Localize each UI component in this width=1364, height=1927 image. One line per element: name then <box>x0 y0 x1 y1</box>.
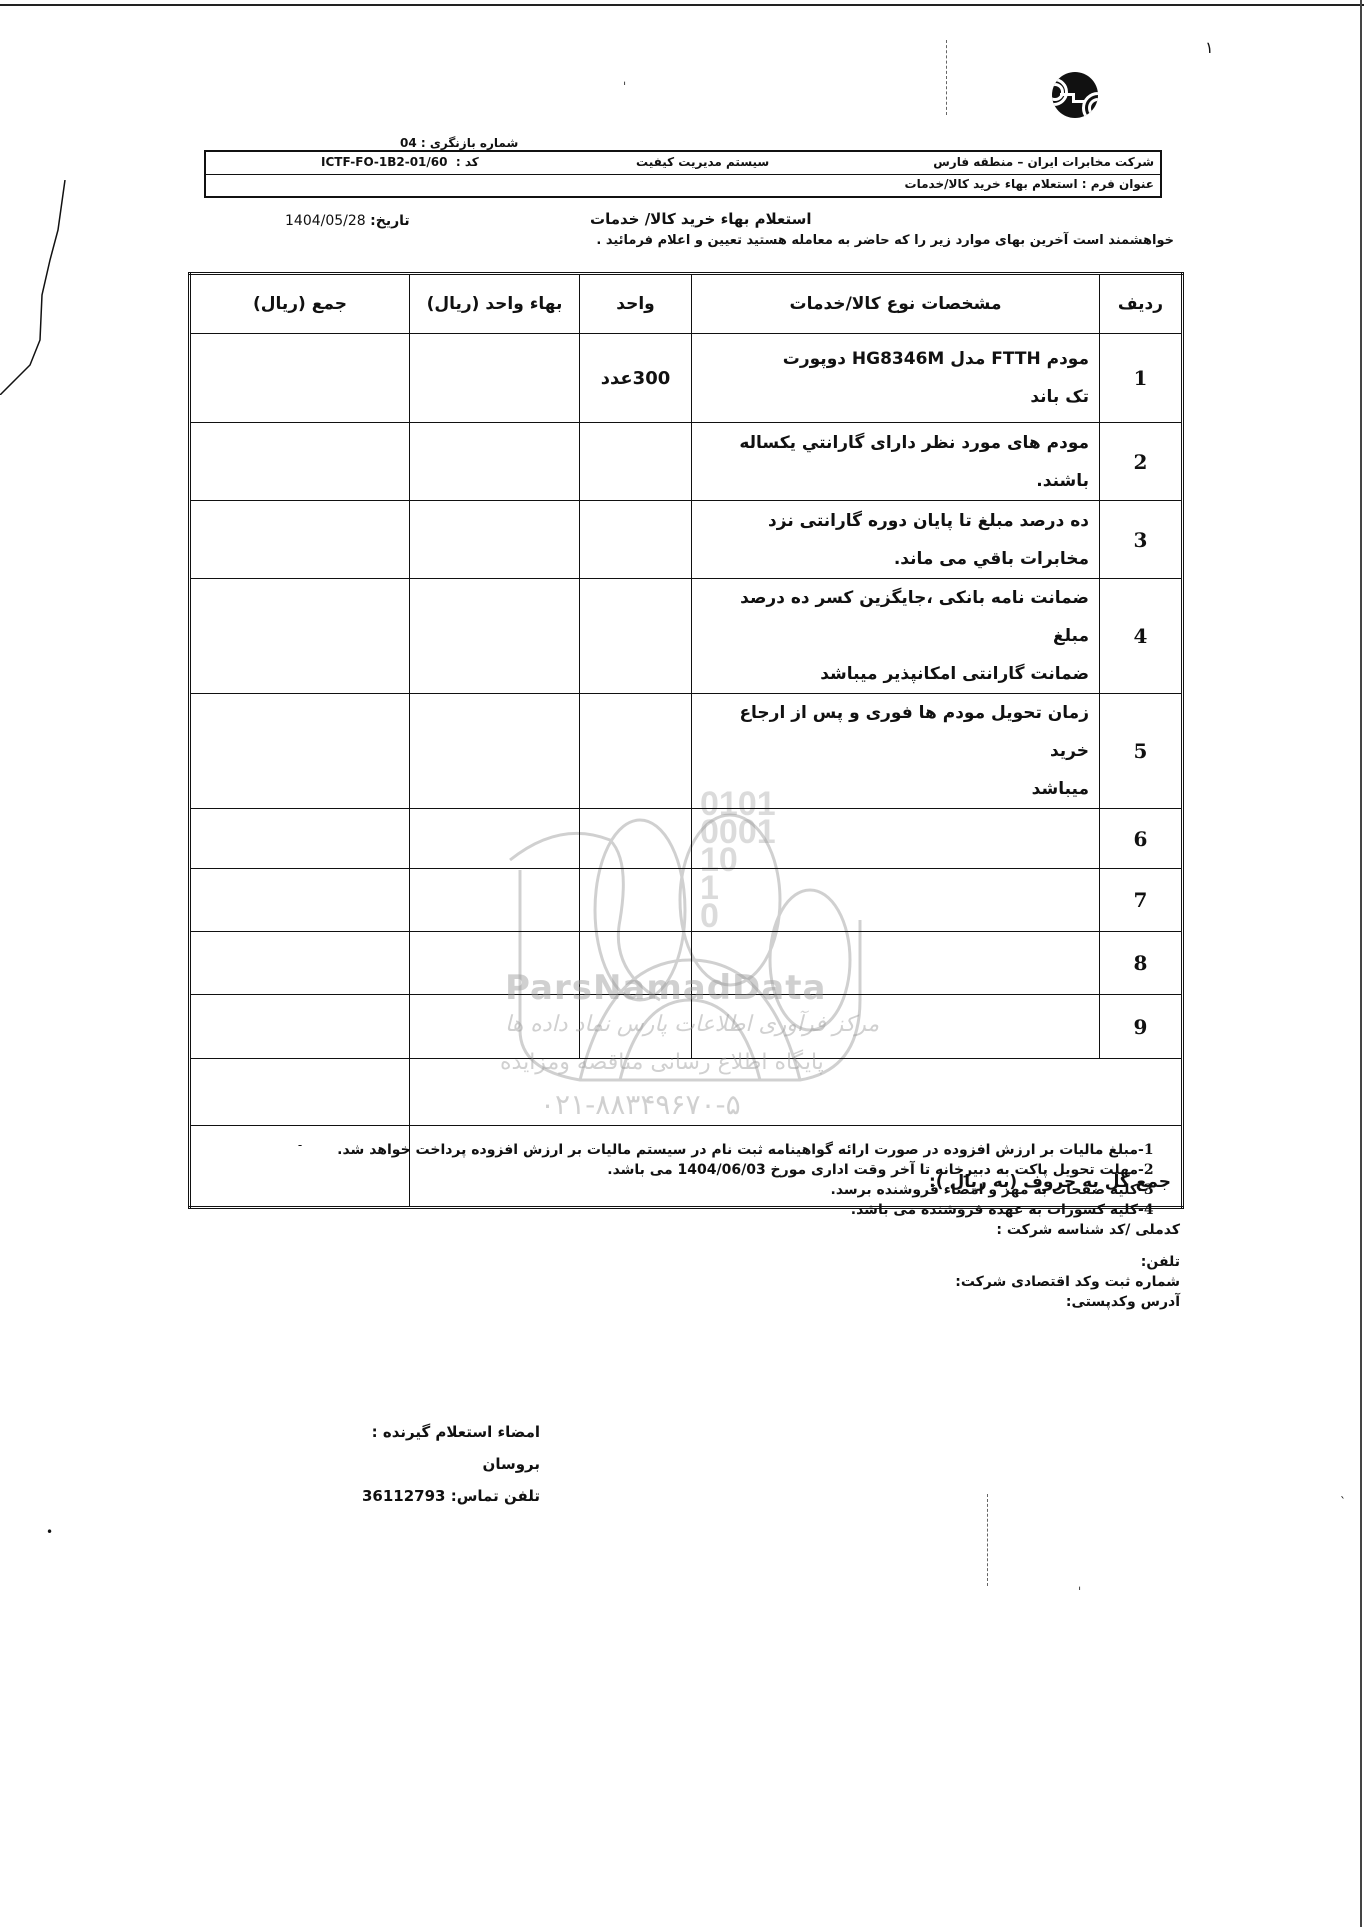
form-header-row: شرکت مخابرات ایران – منطقه فارس سیستم مد… <box>206 152 1160 175</box>
page-number: ۱ <box>1205 38 1214 57</box>
row-description: مودم های مورد نظر دارای گارانتي یکسالهبا… <box>692 423 1100 501</box>
signer-name: امضاء استعلام گیرنده : بروسان <box>318 1416 540 1480</box>
row-total[interactable] <box>190 694 410 809</box>
subtotal-cell[interactable] <box>190 1059 410 1126</box>
row-index: 9 <box>1100 995 1183 1059</box>
note-item: 4-کلیه کسورات به عهده فروشنده می باشد. <box>337 1200 1180 1220</box>
watermark-line: مرکز فرآوری اطلاعات پارس نماد داده ها <box>505 1012 879 1037</box>
table-row: 5 زمان تحویل مودم ها فوری و پس از ارجاع … <box>190 694 1183 809</box>
company-logo-icon <box>1052 72 1098 118</box>
header-total: جمع (ریال) <box>190 274 410 334</box>
row-unit <box>580 579 692 694</box>
row-unit-price[interactable] <box>410 501 580 579</box>
row-total[interactable] <box>190 869 410 932</box>
table-row: 1 مودم FTTH مدل HG8346M دوپورتتک باند 30… <box>190 334 1183 423</box>
row-unit-price[interactable] <box>410 579 580 694</box>
table-row: 7 <box>190 869 1183 932</box>
row-unit-price[interactable] <box>410 694 580 809</box>
form-code: کد : ICTF-FO-1B2-01/60 <box>321 155 479 169</box>
description-line: ضمانت گارانتی امکانپذیر میباشد <box>702 655 1089 693</box>
vendor-phone-field[interactable]: تلفن: <box>337 1252 1180 1272</box>
form-code-label: کد : <box>456 155 479 169</box>
table-row: 4 ضمانت نامه بانکی ،جایگزین کسر ده درصد … <box>190 579 1183 694</box>
row-total[interactable] <box>190 932 410 995</box>
row-index: 4 <box>1100 579 1183 694</box>
revision-number: شماره بازنگری : 04 <box>400 136 518 150</box>
table-row: 6 <box>190 809 1183 869</box>
header-index: ردیف <box>1100 274 1183 334</box>
row-unit <box>580 501 692 579</box>
row-description: زمان تحویل مودم ها فوری و پس از ارجاع خر… <box>692 694 1100 809</box>
description-line: مودم های مورد نظر دارای گارانتي یکساله <box>702 424 1089 462</box>
note-text: کلیه کسورات به عهده فروشنده می باشد. <box>851 1202 1138 1218</box>
note-number: 4- <box>1138 1200 1180 1220</box>
notes-list: 1-مبلغ مالیات بر ارزش افزوده در صورت ارا… <box>337 1140 1180 1312</box>
document-date: تاریخ: 1404/05/28 <box>285 213 410 229</box>
row-unit: 300عدد <box>580 334 692 423</box>
row-index: 3 <box>1100 501 1183 579</box>
description-line: میباشد <box>702 770 1089 808</box>
scan-mark: ˈ <box>623 80 626 94</box>
row-description: مودم FTTH مدل HG8346M دوپورتتک باند <box>692 334 1100 423</box>
table-row: 2 مودم های مورد نظر دارای گارانتي یکساله… <box>190 423 1183 501</box>
description-line: ضمانت نامه بانکی ،جایگزین کسر ده درصد مب… <box>702 579 1089 655</box>
date-label: تاریخ: <box>370 213 410 229</box>
form-header-box: شرکت مخابرات ایران – منطقه فارس سیستم مد… <box>204 150 1162 198</box>
note-text: مبلغ مالیات بر ارزش افزوده در صورت ارائه… <box>337 1142 1138 1158</box>
note-item: 3-کلیه صفحات به مهر و امضاء فروشنده برسد… <box>337 1180 1180 1200</box>
row-description: ضمانت نامه بانکی ،جایگزین کسر ده درصد مب… <box>692 579 1100 694</box>
row-total[interactable] <box>190 809 410 869</box>
date-value: 1404/05/28 <box>285 213 366 229</box>
watermark-line: پایگاه اطلاع رسانی مناقصه ومزایده <box>500 1050 824 1075</box>
description-line: باشند. <box>702 462 1089 500</box>
row-unit-price[interactable] <box>410 809 580 869</box>
contact-phone: تلفن تماس: 36112793 <box>318 1480 540 1512</box>
note-text: کلیه صفحات به مهر و امضاء فروشنده برسد. <box>831 1182 1139 1198</box>
row-total[interactable] <box>190 995 410 1059</box>
document-title: استعلام بهاء خرید کالا/ خدمات <box>590 210 812 228</box>
description-line: مودم FTTH مدل HG8346M دوپورت <box>702 340 1089 378</box>
row-total[interactable] <box>190 334 410 423</box>
row-unit <box>580 423 692 501</box>
row-description: ده درصد مبلغ تا پایان دوره گارانتی نزدمخ… <box>692 501 1100 579</box>
scan-dashed-line <box>987 1494 989 1586</box>
watermark-phone: ۰۲۱-۸۸۳۴۹۶۷۰-۵ <box>540 1088 741 1121</box>
header-unit-price: بهاء واحد (ریال) <box>410 274 580 334</box>
row-index: 6 <box>1100 809 1183 869</box>
note-number: 3- <box>1138 1180 1180 1200</box>
request-intro: خواهشمند است آخرین بهای موارد زیر را که … <box>596 233 1174 248</box>
table-row: 3 ده درصد مبلغ تا پایان دوره گارانتی نزد… <box>190 501 1183 579</box>
row-unit-price[interactable] <box>410 423 580 501</box>
note-number: 2- <box>1138 1160 1180 1180</box>
note-item: 1-مبلغ مالیات بر ارزش افزوده در صورت ارا… <box>337 1140 1180 1160</box>
row-unit-price[interactable] <box>410 334 580 423</box>
row-unit[interactable] <box>580 809 692 869</box>
row-unit[interactable] <box>580 869 692 932</box>
header-description: مشخصات نوع کالا/خدمات <box>692 274 1100 334</box>
scan-dashed-line <box>946 40 948 115</box>
row-index: 1 <box>1100 334 1183 423</box>
page-top-edge <box>0 4 1364 6</box>
row-unit <box>580 694 692 809</box>
row-description[interactable] <box>692 869 1100 932</box>
description-line: زمان تحویل مودم ها فوری و پس از ارجاع خر… <box>702 694 1089 770</box>
description-line: مخابرات باقي می ماند. <box>702 540 1089 578</box>
scan-mark: ˋ <box>1340 1495 1346 1509</box>
note-text: مهلت تحویل پاکت به دبیرخانه تا آخر وقت ا… <box>607 1162 1138 1178</box>
form-title: عنوان فرم : استعلام بهاء خرید کالا/خدمات <box>905 177 1154 191</box>
row-index: 8 <box>1100 932 1183 995</box>
row-index: 2 <box>1100 423 1183 501</box>
header-unit: واحد <box>580 274 692 334</box>
watermark-brand: ParsNamadData <box>505 968 826 1008</box>
quality-system-label: سیستم مدیریت کیفیت <box>636 155 769 169</box>
row-index: 7 <box>1100 869 1183 932</box>
description-line: تک باند <box>702 378 1089 416</box>
scan-mark: • <box>46 1525 53 1539</box>
row-total[interactable] <box>190 579 410 694</box>
vendor-national-id-field[interactable]: کدملی /کد شناسه شرکت : <box>337 1220 1180 1240</box>
row-description[interactable] <box>692 809 1100 869</box>
company-name: شرکت مخابرات ایران – منطقه فارس <box>933 155 1154 169</box>
note-item: 2-مهلت تحویل پاکت به دبیرخانه تا آخر وقت… <box>337 1160 1180 1180</box>
page-right-edge <box>1360 0 1362 1927</box>
note-number: 1- <box>1138 1140 1180 1160</box>
form-code-value: ICTF-FO-1B2-01/60 <box>321 155 447 169</box>
table-header-row: ردیف مشخصات نوع کالا/خدمات واحد بهاء واح… <box>190 274 1183 334</box>
row-total[interactable] <box>190 423 410 501</box>
scan-mark: ˈ <box>1078 1585 1081 1599</box>
vendor-registration-field[interactable]: شماره ثبت وکد اقتصادی شرکت: <box>337 1272 1180 1292</box>
description-line: ده درصد مبلغ تا پایان دوره گارانتی نزد <box>702 502 1089 540</box>
vendor-address-field[interactable]: آدرس وکدپستی: <box>337 1292 1180 1312</box>
signature-block: امضاء استعلام گیرنده : بروسان تلفن تماس:… <box>318 1416 540 1512</box>
pen-stroke-mark <box>0 180 70 395</box>
row-total[interactable] <box>190 501 410 579</box>
row-unit-price[interactable] <box>410 869 580 932</box>
row-index: 5 <box>1100 694 1183 809</box>
